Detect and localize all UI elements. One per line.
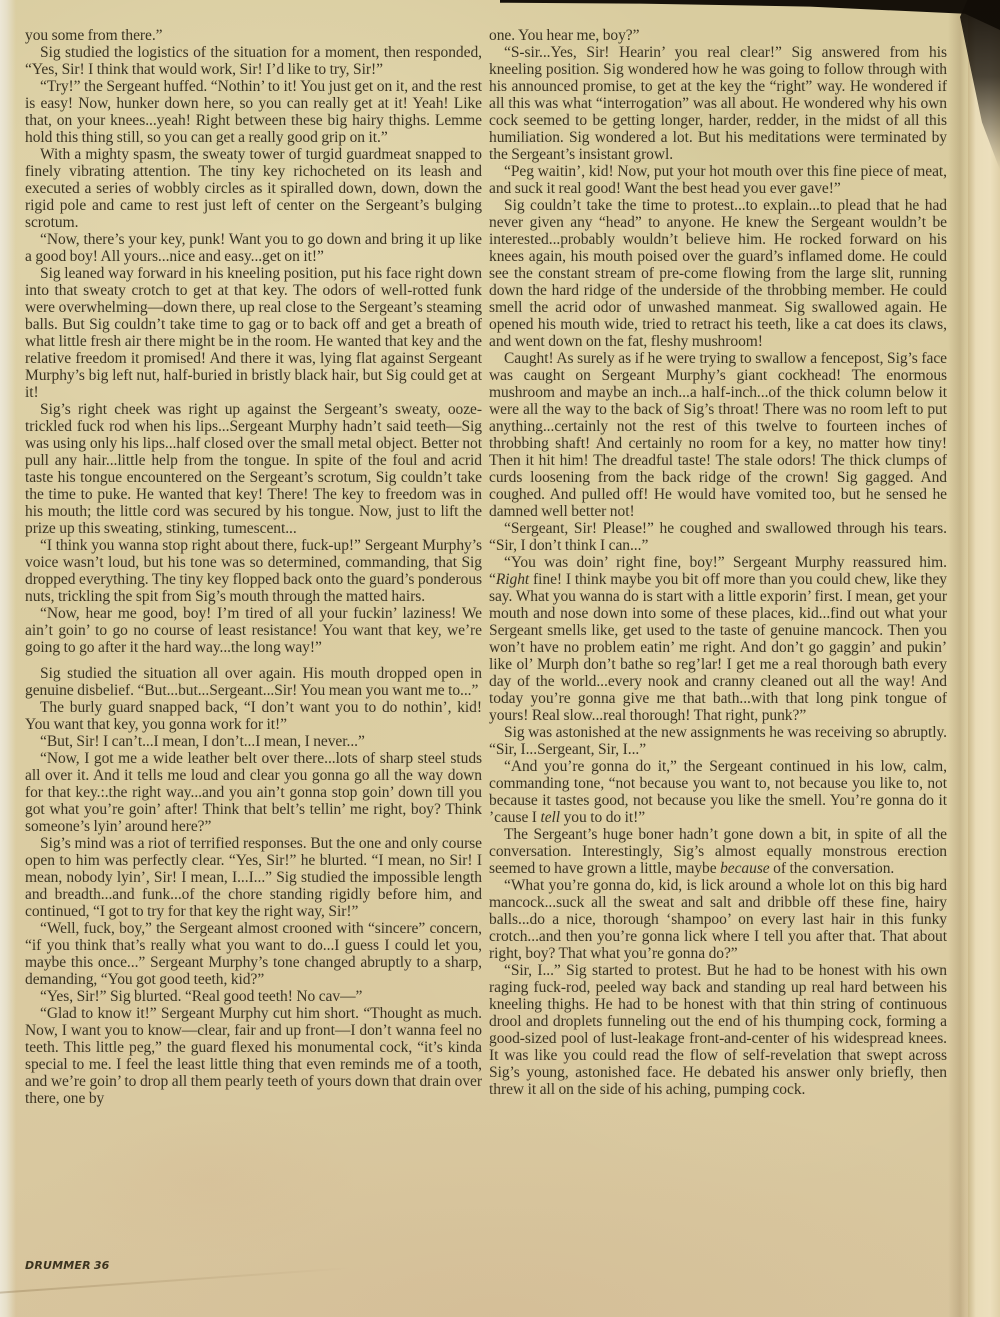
paragraph: “I think you wanna stop right about ther… [25,537,482,605]
page-curl-crease [948,0,970,1317]
paragraph: “Peg waitin’, kid! Now, put your hot mou… [489,163,947,197]
paragraph: “And you’re gonna do it,” the Sergeant c… [489,758,947,826]
paragraph: “Now, there’s your key, punk! Want you t… [25,231,482,265]
paragraph: “But, Sir! I can’t...I mean, I don’t...I… [25,733,482,750]
paragraph: The Sergeant’s huge boner hadn’t gone do… [489,826,947,877]
paragraph: “S-sir...Yes, Sir! Hearin’ you real clea… [489,44,947,163]
paragraph: “You was doin’ right fine, boy!” Sergean… [489,554,947,724]
page-footer: DRUMMER36 [25,1259,110,1272]
paragraph: “Try!” the Sergeant huffed. “Nothin’ to … [25,78,482,146]
paragraph: you some from there.” [25,27,482,44]
page-left-edge [0,0,16,1317]
paragraph: Sig leaned way forward in his kneeling p… [25,265,482,401]
paragraph: “Sergeant, Sir! Please!” he coughed and … [489,520,947,554]
paragraph: “Yes, Sir!” Sig blurted. “Real good teet… [25,988,482,1005]
paragraph: Sig was astonished at the new assignment… [489,724,947,758]
magazine-page: you some from there.”Sig studied the log… [0,0,1000,1317]
scan-edge-top [500,0,1000,30]
paragraph: Sig studied the logistics of the situati… [25,44,482,78]
paragraph: Sig couldn’t take the time to protest...… [489,197,947,350]
text-column-left: you some from there.”Sig studied the log… [25,27,482,1265]
paragraph: Sig’s mind was a riot of terrified respo… [25,835,482,920]
issue-number: 36 [94,1259,110,1272]
next-page-edge [968,0,1000,1317]
paragraph: “Now, hear me good, boy! I’m tired of al… [25,605,482,656]
paragraph: Sig studied the situation all over again… [25,665,482,699]
paragraph: “Well, fuck, boy,” the Sergeant almost c… [25,920,482,988]
paragraph: “Sir, I...” Sig started to protest. But … [489,962,947,1098]
paragraph: one. You hear me, boy?” [489,27,947,44]
magazine-name: DRUMMER [25,1259,91,1272]
paragraph: “Now, I got me a wide leather belt over … [25,750,482,835]
paragraph: Sig’s right cheek was right up against t… [25,401,482,537]
paragraph: “Glad to know it!” Sergeant Murphy cut h… [25,1005,482,1107]
paragraph: Caught! As surely as if he were trying t… [489,350,947,520]
paragraph: The burly guard snapped back, “I don’t w… [25,699,482,733]
paragraph: With a mighty spasm, the sweaty tower of… [25,146,482,231]
paragraph: “What you’re gonna do, kid, is lick arou… [489,877,947,962]
text-column-right: one. You hear me, boy?”“S-sir...Yes, Sir… [489,27,947,1289]
